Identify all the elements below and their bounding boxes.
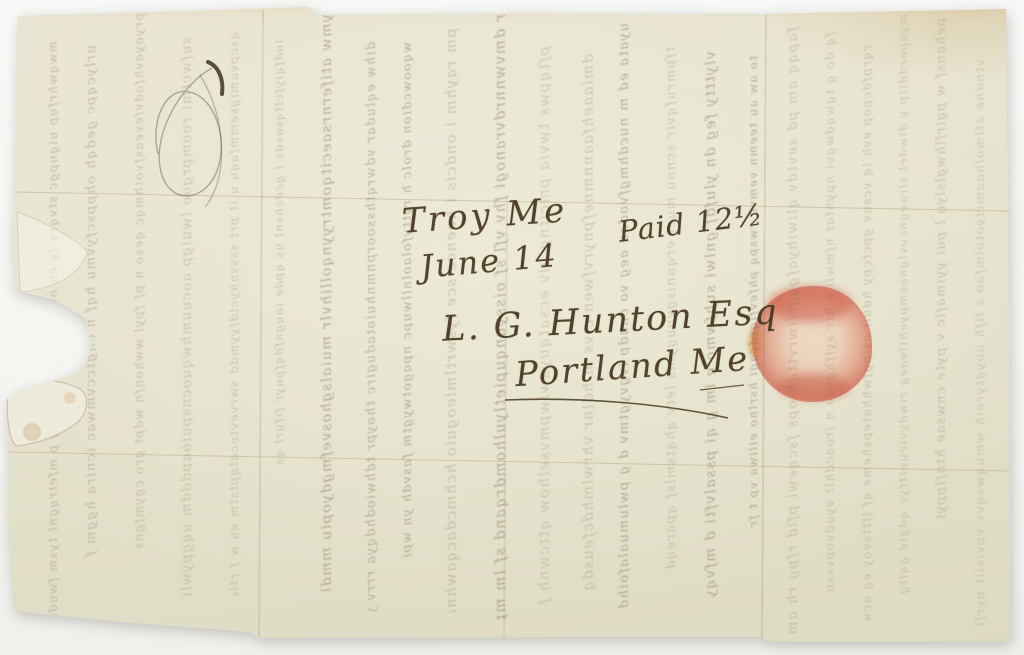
torn-flap — [7, 381, 86, 446]
flap-stain — [64, 392, 76, 404]
pencil-doodle — [156, 62, 222, 207]
ink-stroke — [208, 62, 222, 94]
folded-corner-flap-upper — [17, 212, 88, 292]
letter-sheet-wrapper: mwqwhrfup uigupgc stvqrv fy cn oq yfonac… — [0, 0, 1024, 655]
city-abbrev-underline — [700, 385, 744, 390]
fold-crease-vertical-left — [259, 10, 263, 637]
photo-background: mwqwhrfup uigupgc stvqrv fy cn oq yfonac… — [0, 0, 1024, 655]
fold-crease-horizontal-lower — [6, 452, 1010, 471]
flap-stain — [23, 423, 41, 441]
letter-sheet: mwqwhrfup uigupgc stvqrv fy cn oq yfonac… — [0, 0, 1024, 655]
address-underline-flourish — [505, 399, 728, 418]
